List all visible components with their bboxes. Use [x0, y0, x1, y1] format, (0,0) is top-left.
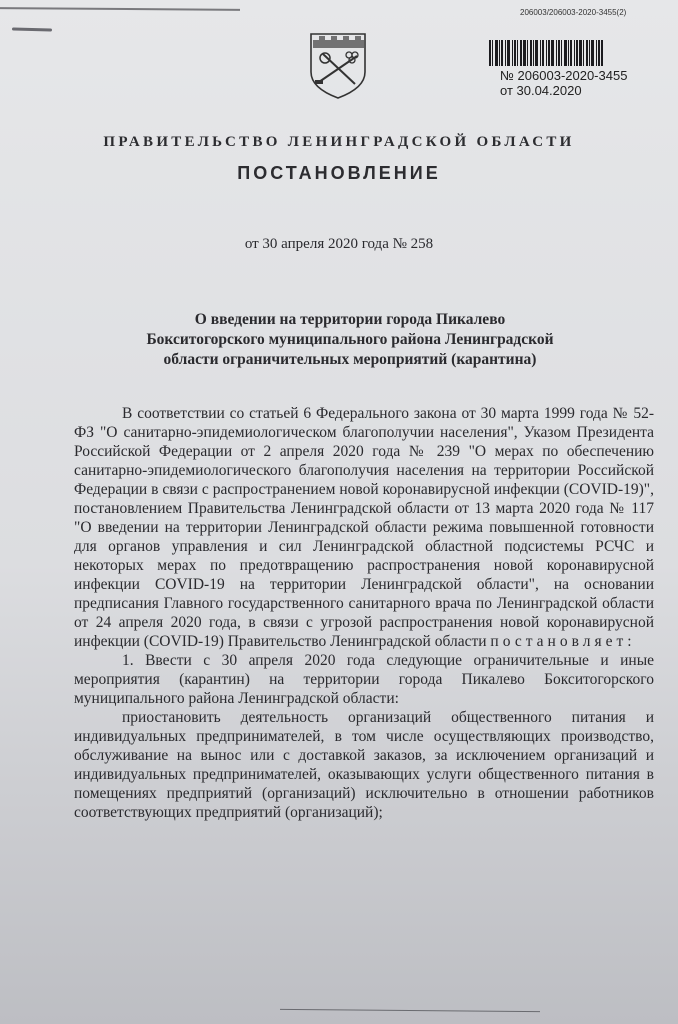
item-1-paragraph: 1. Ввести с 30 апреля 2020 года следующи…	[74, 651, 654, 708]
document-page: 206003/206003-2020-3455(2) № 206003-2020…	[0, 0, 678, 1024]
preamble-paragraph: В соответствии со статьей 6 Федерального…	[74, 404, 654, 651]
document-body: В соответствии со статьей 6 Федерального…	[74, 404, 654, 822]
pen-mark	[12, 27, 52, 31]
title-line: области ограничительных мероприятий (кар…	[100, 350, 600, 370]
paper-edge-line	[0, 7, 240, 11]
document-title: О введении на территории города Пикалево…	[100, 310, 600, 370]
registration-stamp: № 206003-2020-3455 от 30.04.2020	[500, 68, 627, 98]
preamble-text: В соответствии со статьей 6 Федерального…	[74, 405, 654, 650]
document-type: ПОСТАНОВЛЕНИЕ	[0, 163, 678, 184]
document-date-number: от 30 апреля 2020 года № 258	[0, 236, 678, 253]
registration-number: № 206003-2020-3455	[500, 68, 627, 83]
coat-of-arms-icon	[305, 30, 371, 100]
paper-fold-line	[280, 1009, 540, 1012]
barcode-icon	[489, 40, 645, 66]
item-1-subitem: приостановить деятельность организаций о…	[74, 708, 654, 822]
title-line: О введении на территории города Пикалево	[100, 310, 600, 330]
registration-date: от 30.04.2020	[500, 83, 627, 98]
resolves-word: постановляет:	[490, 633, 635, 650]
title-line: Бокситогорского муниципального района Ле…	[100, 330, 600, 350]
registration-stamp-top: 206003/206003-2020-3455(2)	[520, 8, 626, 17]
issuing-authority: ПРАВИТЕЛЬСТВО ЛЕНИНГРАДСКОЙ ОБЛАСТИ	[0, 134, 678, 151]
